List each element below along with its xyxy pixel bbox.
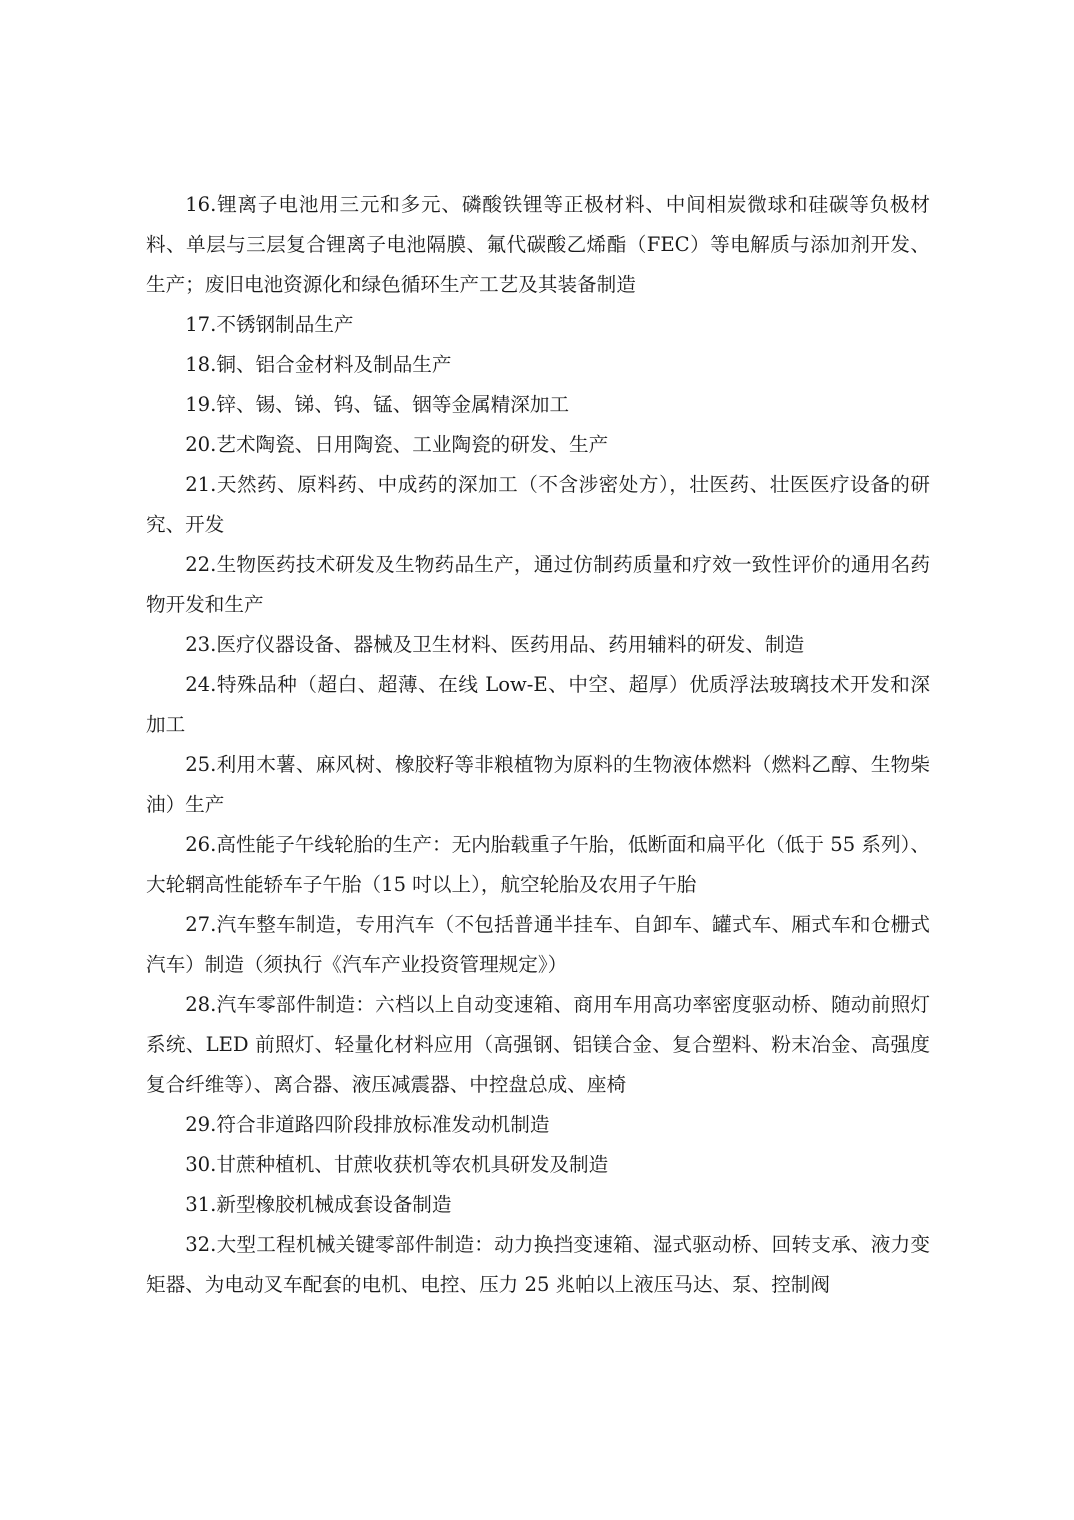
list-item-24: 24.特殊品种（超白、超薄、在线 Low-E、中空、超厚）优质浮法玻璃技术开发和… bbox=[146, 665, 930, 745]
list-item-27: 27.汽车整车制造，专用汽车（不包括普通半挂车、自卸车、罐式车、厢式车和仓栅式汽… bbox=[146, 905, 930, 985]
list-item-16: 16.锂离子电池用三元和多元、磷酸铁锂等正极材料、中间相炭微球和硅碳等负极材料、… bbox=[146, 185, 930, 305]
list-item-17: 17.不锈钢制品生产 bbox=[146, 305, 930, 345]
list-item-30: 30.甘蔗种植机、甘蔗收获机等农机具研发及制造 bbox=[146, 1145, 930, 1185]
list-item-19: 19.锌、锡、锑、钨、锰、铟等金属精深加工 bbox=[146, 385, 930, 425]
document-page: 16.锂离子电池用三元和多元、磷酸铁锂等正极材料、中间相炭微球和硅碳等负极材料、… bbox=[146, 185, 930, 1305]
list-item-31: 31.新型橡胶机械成套设备制造 bbox=[146, 1185, 930, 1225]
list-item-23: 23.医疗仪器设备、器械及卫生材料、医药用品、药用辅料的研发、制造 bbox=[146, 625, 930, 665]
list-item-21: 21.天然药、原料药、中成药的深加工（不含涉密处方），壮医药、壮医医疗设备的研究… bbox=[146, 465, 930, 545]
list-item-32: 32.大型工程机械关键零部件制造：动力换挡变速箱、湿式驱动桥、回转支承、液力变矩… bbox=[146, 1225, 930, 1305]
list-item-25: 25.利用木薯、麻风树、橡胶籽等非粮植物为原料的生物液体燃料（燃料乙醇、生物柴油… bbox=[146, 745, 930, 825]
list-item-28: 28.汽车零部件制造：六档以上自动变速箱、商用车用高功率密度驱动桥、随动前照灯系… bbox=[146, 985, 930, 1105]
list-item-18: 18.铜、铝合金材料及制品生产 bbox=[146, 345, 930, 385]
list-item-29: 29.符合非道路四阶段排放标准发动机制造 bbox=[146, 1105, 930, 1145]
list-item-22: 22.生物医药技术研发及生物药品生产，通过仿制药质量和疗效一致性评价的通用名药物… bbox=[146, 545, 930, 625]
list-item-20: 20.艺术陶瓷、日用陶瓷、工业陶瓷的研发、生产 bbox=[146, 425, 930, 465]
list-item-26: 26.高性能子午线轮胎的生产：无内胎载重子午胎，低断面和扁平化（低于 55 系列… bbox=[146, 825, 930, 905]
